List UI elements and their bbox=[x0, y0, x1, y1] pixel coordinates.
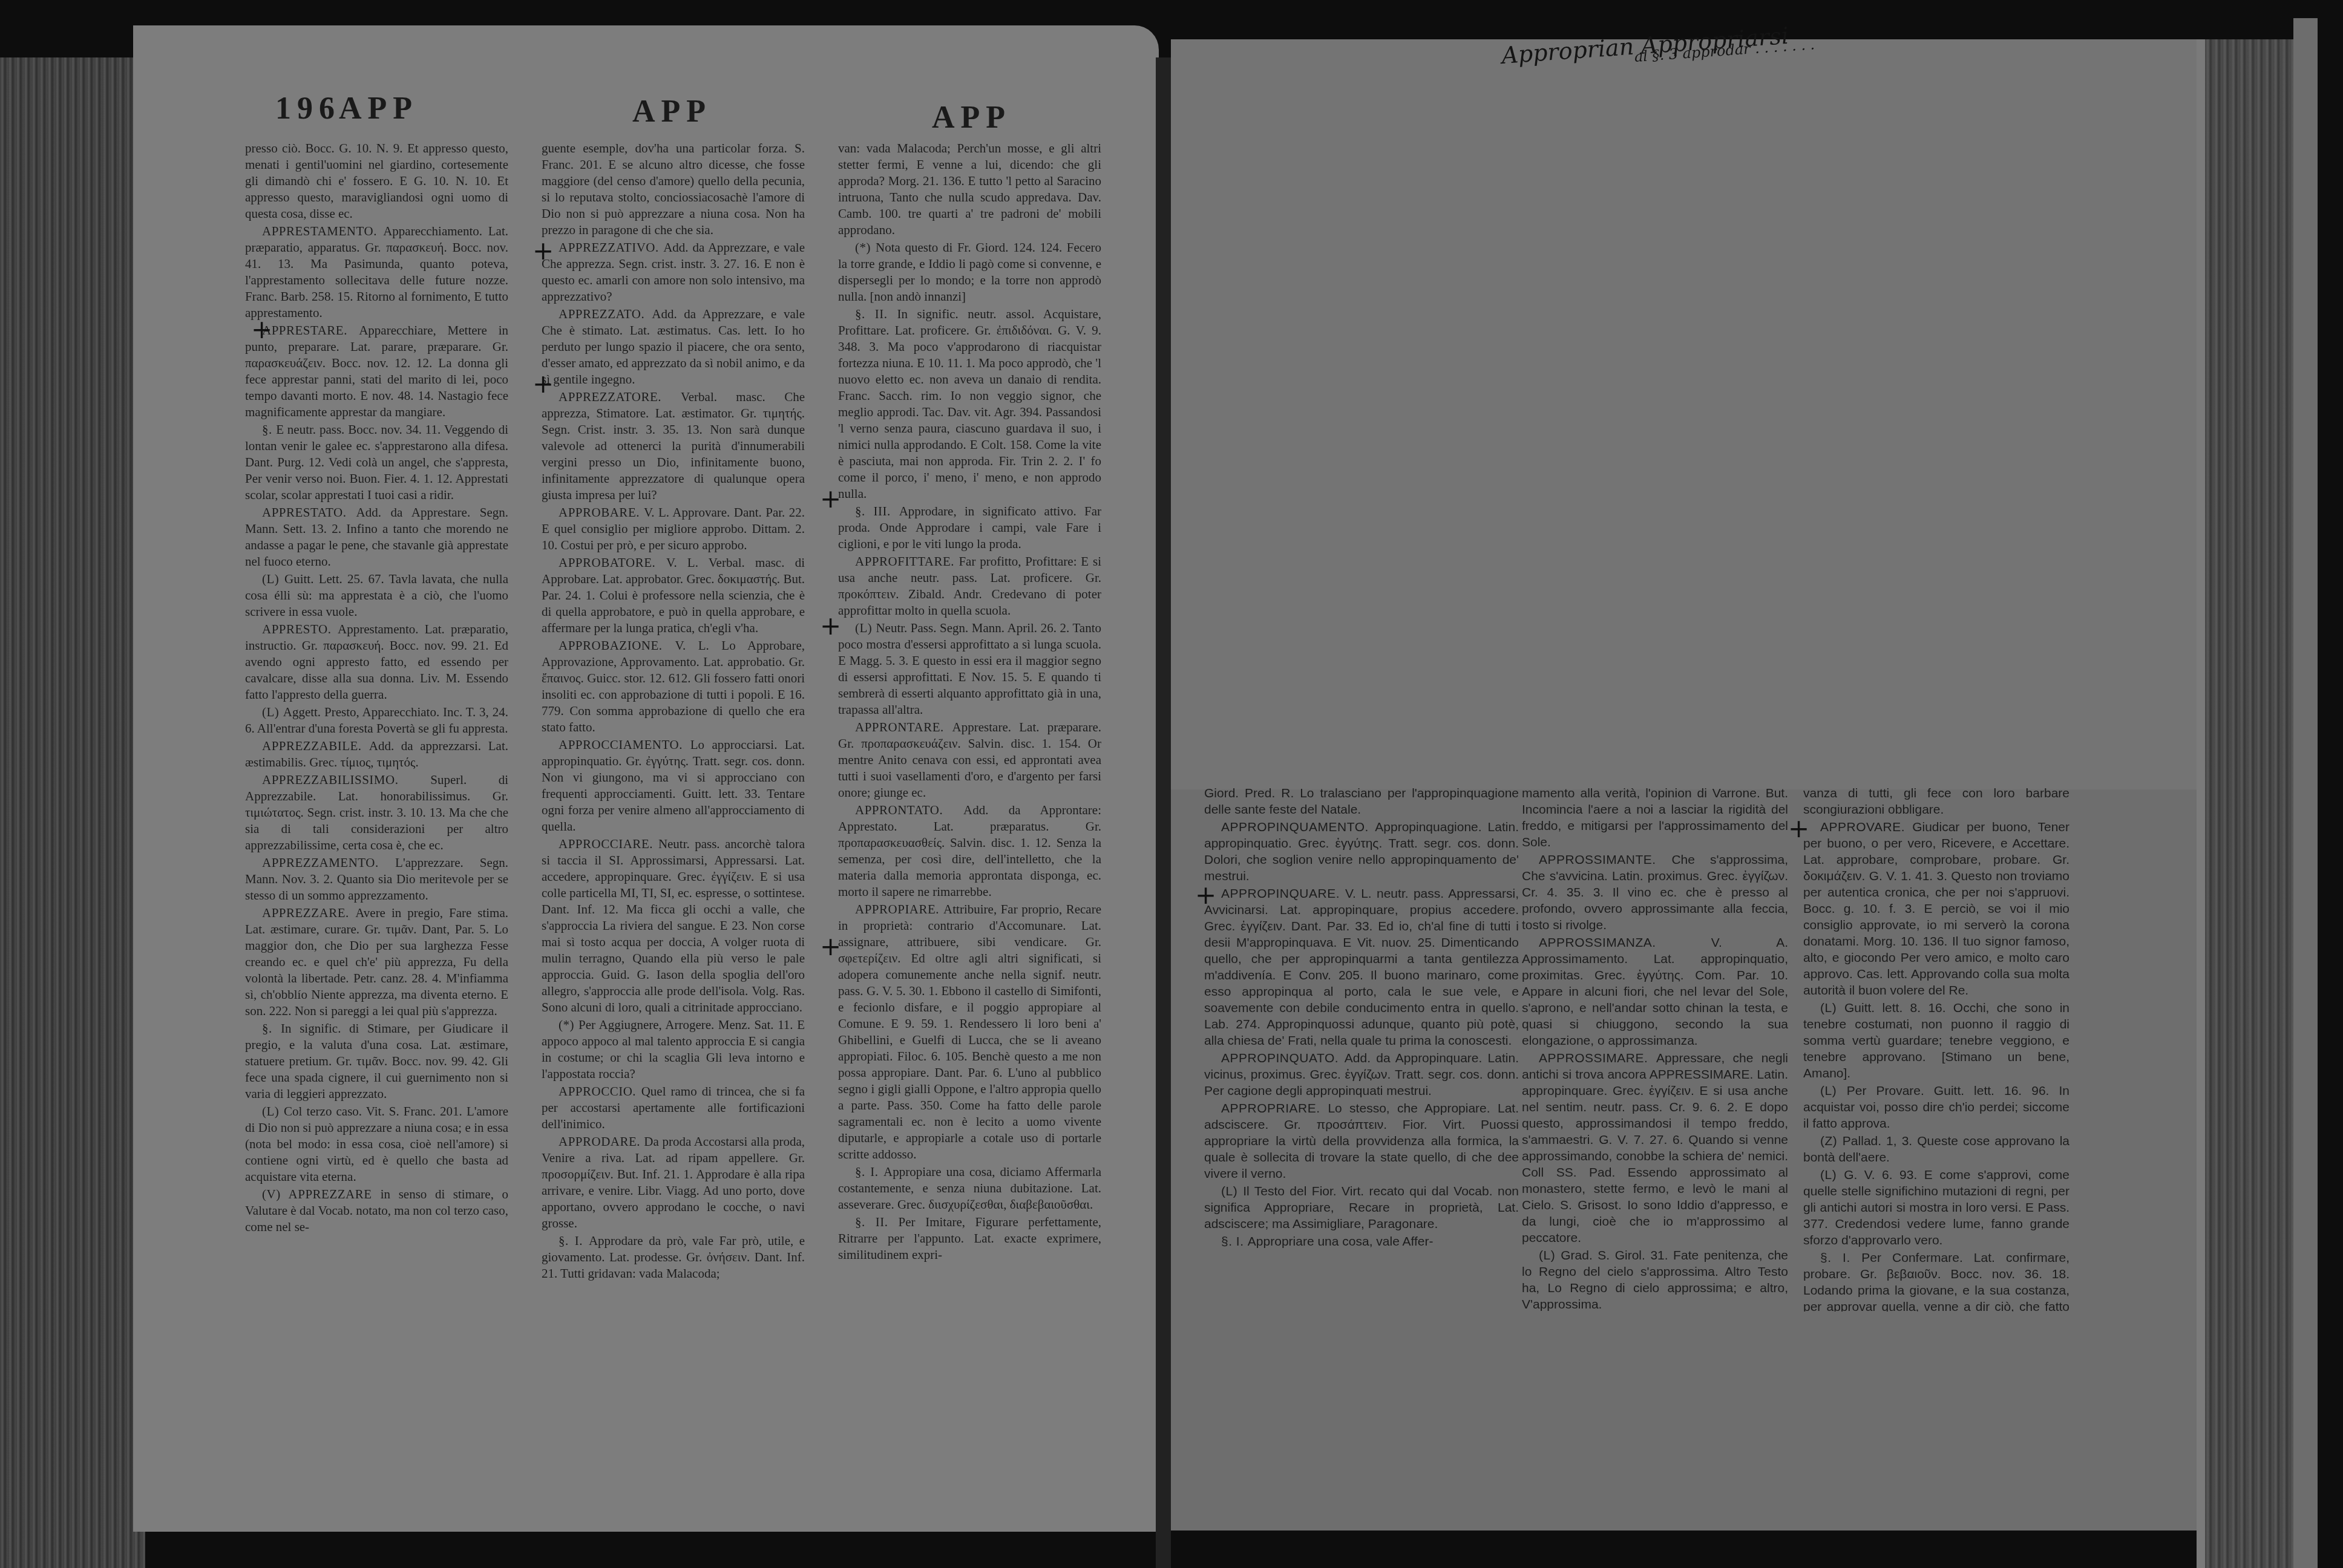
entry-headword: §. I. bbox=[559, 1233, 589, 1248]
entry-headword: APPRONTATO. bbox=[855, 803, 963, 817]
dictionary-entry: §. E neutr. pass. Bocc. nov. 34. 11. Veg… bbox=[245, 422, 508, 503]
entry-headword: §. I. bbox=[1221, 1235, 1248, 1249]
entry-headword: APPRODARE. bbox=[559, 1134, 644, 1149]
entry-headword: APPROPINQUAMENTO. bbox=[1221, 820, 1375, 834]
entry-headword: APPRESTO. bbox=[262, 622, 338, 636]
dictionary-entry: APPROCCIO. Quel ramo di trincea, che si … bbox=[542, 1083, 805, 1132]
entry-definition: Il Testo del Fior. Virt. recato qui dal … bbox=[1204, 1184, 1519, 1231]
entry-headword: §. II. bbox=[855, 307, 897, 321]
entry-definition: Nota questo di Fr. Giord. 124. 124. Fece… bbox=[838, 240, 1101, 304]
dictionary-entry: (L) Aggett. Presto, Apparecchiato. Inc. … bbox=[245, 704, 508, 737]
entry-headword: §. III. bbox=[855, 504, 899, 518]
entry-headword: APPROSSIMANZA. bbox=[1539, 936, 1711, 950]
dictionary-entry: APPROPINQUAMENTO. Appropinquagione. Lati… bbox=[1204, 819, 1519, 884]
entry-headword: APPRESTAMENTO. bbox=[262, 224, 383, 238]
dictionary-entry: (L) Per Provare. Guitt. lett. 16. 96. In… bbox=[1803, 1083, 2069, 1132]
entry-headword: APPRESTARE. bbox=[262, 323, 359, 338]
entry-definition: In signific. di Stimare, per Giudicare i… bbox=[245, 1021, 508, 1101]
entry-headword: APPRONTARE. bbox=[855, 720, 952, 734]
entry-headword: (Z) bbox=[1820, 1134, 1843, 1148]
entry-definition: In signific. neutr. assol. Acquistare, P… bbox=[838, 307, 1101, 501]
dictionary-entry: APPRESTO. Apprestamento. Lat. præparatio… bbox=[245, 621, 508, 703]
dictionary-entry: APPROBATORE. V. L. Verbal. masc. di Appr… bbox=[542, 555, 805, 636]
margin-cross-mark: + bbox=[532, 369, 554, 399]
left-page-edges bbox=[0, 57, 145, 1568]
right-page-blank-upper-sheet bbox=[1171, 39, 2197, 789]
entry-headword: (L) bbox=[855, 621, 876, 635]
entry-headword: (V) APPREZZARE bbox=[262, 1187, 381, 1201]
margin-cross-mark: + bbox=[1788, 814, 1809, 843]
dictionary-entry: (L) G. V. 6. 93. E come s'approvi, come … bbox=[1803, 1167, 2069, 1249]
dictionary-entry: (*) Per Aggiugnere, Arrogere. Menz. Sat.… bbox=[542, 1017, 805, 1082]
entry-definition: van: vada Malacoda; Perch'un mosse, e gl… bbox=[838, 141, 1101, 237]
dictionary-entry: Giord. Pred. R. Lo tralasciano per l'app… bbox=[1204, 785, 1519, 818]
entry-headword: (L) bbox=[1820, 1168, 1844, 1182]
dictionary-entry: APPRODARE. Da proda Accostarsi alla prod… bbox=[542, 1134, 805, 1232]
dictionary-entry: APPROPRIARE. Lo stesso, che Appropiare. … bbox=[1204, 1100, 1519, 1182]
entry-headword: APPROCCIO. bbox=[559, 1084, 641, 1099]
dictionary-entry: §. In signific. di Stimare, per Giudicar… bbox=[245, 1021, 508, 1102]
dictionary-entry: APPROCCIARE. Neutr. pass. ancorchè talor… bbox=[542, 836, 805, 1016]
dictionary-entry: APPRESTARE. Apparecchiare, Mettere in pu… bbox=[245, 322, 508, 420]
entry-headword: (L) bbox=[262, 705, 283, 719]
entry-definition: Appressare, che negli antichi si trova a… bbox=[1522, 1051, 1788, 1245]
entry-headword: §. I. bbox=[1820, 1251, 1861, 1265]
dictionary-entry: vanza di tutti, gli fece con loro barbar… bbox=[1803, 785, 2069, 818]
entry-headword: APPROBATORE. bbox=[559, 555, 666, 570]
entry-definition: Grad. S. Girol. 31. Fate penitenza, che … bbox=[1522, 1249, 1788, 1312]
dictionary-entry: §. I. Appropiare una cosa, diciamo Affer… bbox=[838, 1164, 1101, 1213]
dictionary-entry: APPROCCIAMENTO. Lo approcciarsi. Lat. ap… bbox=[542, 737, 805, 835]
entry-headword: APPREZZATIVO. bbox=[559, 240, 663, 255]
entry-definition: presso ciò. Bocc. G. 10. N. 9. Et appres… bbox=[245, 141, 508, 221]
dictionary-entry: (*) Nota questo di Fr. Giord. 124. 124. … bbox=[838, 240, 1101, 305]
entry-headword: APPROBAZIONE. bbox=[559, 638, 675, 653]
entry-headword: APPROPINQUARE. bbox=[1221, 887, 1345, 901]
entry-headword: §. I. bbox=[855, 1165, 883, 1179]
dictionary-entry: APPROFITTARE. Far profitto, Profittare: … bbox=[838, 554, 1101, 619]
left-column-2: guente esemple, dov'ha una particolar fo… bbox=[542, 140, 805, 1287]
running-head-2: APP bbox=[632, 94, 712, 129]
dictionary-entry: APPROSSIMANZA. V. A. Approssimamento. La… bbox=[1522, 935, 1788, 1049]
dictionary-entry: (L) Guitt. Lett. 25. 67. Tavla lavata, c… bbox=[245, 571, 508, 620]
dictionary-entry: (L) Col terzo caso. Vit. S. Franc. 201. … bbox=[245, 1103, 508, 1185]
entry-headword: (L) bbox=[1820, 1001, 1844, 1015]
entry-headword: APPREZZATORE. bbox=[559, 390, 681, 404]
dictionary-entry: APPROSSIMANTE. Che s'approssima, Che s'a… bbox=[1522, 852, 1788, 933]
margin-cross-mark: + bbox=[532, 236, 554, 266]
entry-definition: guente esemple, dov'ha una particolar fo… bbox=[542, 141, 805, 237]
dictionary-entry: (V) APPREZZARE in senso di stimare, o Va… bbox=[245, 1186, 508, 1235]
dictionary-entry: APPROPIARE. Attribuire, Far proprio, Rec… bbox=[838, 901, 1101, 1163]
running-head-1: APP bbox=[339, 91, 418, 126]
right-page-edges bbox=[2197, 39, 2302, 1568]
dictionary-entry: APPRONTATO. Add. da Approntare: Appresta… bbox=[838, 802, 1101, 900]
dictionary-entry: §. II. Per Imitare, Figurare perfettamen… bbox=[838, 1214, 1101, 1263]
right-column-2: mamento alla verità, l'opinion di Varron… bbox=[1522, 785, 1788, 1312]
entry-headword: APPREZZATO. bbox=[559, 307, 652, 321]
entry-headword: APPRESTATO. bbox=[262, 505, 356, 520]
dictionary-entry: APPREZZATIVO. Add. da Apprezzare, e vale… bbox=[542, 240, 805, 305]
dictionary-entry: APPRONTARE. Apprestare. Lat. præparare. … bbox=[838, 719, 1101, 801]
entry-headword: (L) bbox=[1221, 1184, 1243, 1198]
dictionary-entry: presso ciò. Bocc. G. 10. N. 9. Et appres… bbox=[245, 140, 508, 222]
dictionary-entry: (L) Grad. S. Girol. 31. Fate penitenza, … bbox=[1522, 1247, 1788, 1312]
entry-definition: Aggett. Presto, Apparecchiato. Inc. T. 3… bbox=[245, 705, 508, 736]
running-head-3: APP bbox=[932, 100, 1011, 136]
dictionary-entry: APPROBARE. V. L. Approvare. Dant. Par. 2… bbox=[542, 505, 805, 554]
dictionary-entry: APPREZZAMENTO. L'apprezzare. Segn. Mann.… bbox=[245, 855, 508, 904]
page-number: 196 bbox=[275, 91, 341, 126]
dictionary-entry: APPREZZABILE. Add. da apprezzarsi. Lat. … bbox=[245, 738, 508, 771]
dictionary-entry: §. III. Approdare, in significato attivo… bbox=[838, 503, 1101, 552]
entry-headword: APPROCCIAMENTO. bbox=[559, 737, 690, 752]
left-column-1: presso ciò. Bocc. G. 10. N. 9. Et appres… bbox=[245, 140, 508, 1287]
entry-definition: Per Aggiugnere, Arrogere. Menz. Sat. 11.… bbox=[542, 1018, 805, 1081]
dictionary-entry: (Z) Pallad. 1, 3. Queste cose approvano … bbox=[1803, 1133, 2069, 1166]
dictionary-entry: (L) Il Testo del Fior. Virt. recato qui … bbox=[1204, 1183, 1519, 1232]
dictionary-entry: van: vada Malacoda; Perch'un mosse, e gl… bbox=[838, 140, 1101, 238]
entry-definition: mamento alla verità, l'opinion di Varron… bbox=[1522, 786, 1788, 849]
dictionary-entry: guente esemple, dov'ha una particolar fo… bbox=[542, 140, 805, 238]
entry-headword: (*) bbox=[855, 240, 876, 255]
dictionary-entry: (L) Guitt. lett. 8. 16. Occhi, che sono … bbox=[1803, 1000, 2069, 1082]
book-gutter bbox=[1156, 57, 1171, 1568]
entry-definition: Guitt. Lett. 25. 67. Tavla lavata, che n… bbox=[245, 572, 508, 619]
entry-definition: Verbal. masc. Che apprezza, Stimatore. L… bbox=[542, 390, 805, 502]
dictionary-entry: APPREZZARE. Avere in pregio, Fare stima.… bbox=[245, 905, 508, 1019]
margin-cross-mark: + bbox=[251, 315, 272, 344]
dictionary-entry: §. I. Approdare da prò, vale Far prò, ut… bbox=[542, 1233, 805, 1282]
entry-headword: (L) bbox=[1539, 1249, 1561, 1263]
entry-headword: APPROPINQUATO. bbox=[1221, 1051, 1345, 1065]
entry-headword: APPROFITTARE. bbox=[855, 554, 958, 569]
entry-headword: (L) bbox=[1820, 1084, 1847, 1098]
entry-headword: APPROSSIMANTE. bbox=[1539, 853, 1671, 867]
entry-headword: APPREZZARE. bbox=[262, 906, 355, 920]
left-column-3: van: vada Malacoda; Perch'un mosse, e gl… bbox=[838, 140, 1101, 1287]
entry-definition: vanza di tutti, gli fece con loro barbar… bbox=[1803, 786, 2069, 817]
entry-definition: Avere in pregio, Fare stima. Lat. æstima… bbox=[245, 906, 508, 1018]
entry-headword: APPROVARE. bbox=[1820, 820, 1912, 834]
dictionary-entry: §. II. In signific. neutr. assol. Acquis… bbox=[838, 306, 1101, 502]
entry-headword: §. bbox=[262, 422, 276, 437]
entry-definition: Pallad. 1, 3. Queste cose approvano la b… bbox=[1803, 1134, 2069, 1165]
dictionary-entry: (L) Neutr. Pass. Segn. Mann. April. 26. … bbox=[838, 620, 1101, 718]
dictionary-entry: APPROBAZIONE. V. L. Lo Approbare, Approv… bbox=[542, 638, 805, 736]
dictionary-entry: APPREZZATO. Add. da Apprezzare, e vale C… bbox=[542, 306, 805, 388]
margin-cross-mark: + bbox=[1195, 880, 1216, 910]
entry-headword: APPREZZABILISSIMO. bbox=[262, 773, 430, 787]
entry-definition: Giord. Pred. R. Lo tralasciano per l'app… bbox=[1204, 786, 1519, 817]
right-column-1: Giord. Pred. R. Lo tralasciano per l'app… bbox=[1204, 785, 1519, 1312]
entry-headword: APPROPRIARE. bbox=[1221, 1102, 1328, 1116]
margin-cross-mark: + bbox=[820, 484, 841, 514]
entry-headword: (*) bbox=[559, 1018, 578, 1032]
dictionary-entry: APPROVARE. Giudicar per buono, Tener per… bbox=[1803, 819, 2069, 999]
dictionary-entry: APPRESTAMENTO. Apparecchiamento. Lat. pr… bbox=[245, 223, 508, 321]
entry-definition: V. L. neutr. pass. Appressarsi, Avvicina… bbox=[1204, 887, 1519, 1048]
entry-definition: Col terzo caso. Vit. S. Franc. 201. L'am… bbox=[245, 1104, 508, 1184]
dictionary-entry: APPRESTATO. Add. da Apprestare. Segn. Ma… bbox=[245, 505, 508, 570]
dictionary-entry: APPROSSIMARE. Appressare, che negli anti… bbox=[1522, 1050, 1788, 1246]
entry-headword: (L) bbox=[262, 572, 284, 586]
dictionary-entry: APPROPINQUATO. Add. da Appropinquare. La… bbox=[1204, 1050, 1519, 1099]
entry-definition: V. A. Approssimamento. Lat. appropinquat… bbox=[1522, 936, 1788, 1048]
dictionary-entry: §. I. Appropriare una cosa, vale Affer- bbox=[1204, 1233, 1519, 1250]
dictionary-entry: APPREZZABILISSIMO. Superl. di Apprezzabi… bbox=[245, 772, 508, 854]
dictionary-entry: APPREZZATORE. Verbal. masc. Che apprezza… bbox=[542, 389, 805, 503]
entry-headword: APPREZZAMENTO. bbox=[262, 855, 395, 870]
entry-definition: Attribuire, Far proprio, Recare in propr… bbox=[838, 902, 1101, 1161]
entry-headword: APPROPIARE. bbox=[855, 902, 943, 916]
dictionary-entry: APPROPINQUARE. V. L. neutr. pass. Appres… bbox=[1204, 886, 1519, 1049]
entry-definition: Neutr. pass. ancorchè talora si taccia i… bbox=[542, 837, 805, 1014]
margin-cross-mark: + bbox=[820, 932, 841, 961]
entry-definition: Appropriare una cosa, vale Affer- bbox=[1248, 1235, 1434, 1249]
book-cover-edge bbox=[2293, 18, 2318, 1568]
dictionary-entry: §. I. Per Confermare. Lat. confirmare, p… bbox=[1803, 1250, 2069, 1312]
dictionary-entry: mamento alla verità, l'opinion di Varron… bbox=[1522, 785, 1788, 851]
margin-cross-mark: + bbox=[820, 611, 841, 641]
entry-headword: APPROSSIMARE. bbox=[1539, 1051, 1656, 1065]
entry-headword: (L) bbox=[262, 1104, 284, 1119]
entry-definition: Neutr. Pass. Segn. Mann. April. 26. 2. T… bbox=[838, 621, 1101, 717]
entry-definition: Giudicar per buono, Tener per buono, o p… bbox=[1803, 820, 2069, 998]
entry-headword: APPROBARE. bbox=[559, 505, 644, 520]
right-column-3: vanza di tutti, gli fece con loro barbar… bbox=[1803, 785, 2069, 1312]
entry-headword: §. II. bbox=[855, 1215, 899, 1229]
entry-headword: APPROCCIARE. bbox=[559, 837, 658, 851]
entry-headword: §. bbox=[262, 1021, 281, 1036]
entry-definition: E neutr. pass. Bocc. nov. 34. 11. Veggen… bbox=[245, 422, 508, 502]
entry-headword: APPREZZABILE. bbox=[262, 739, 369, 753]
